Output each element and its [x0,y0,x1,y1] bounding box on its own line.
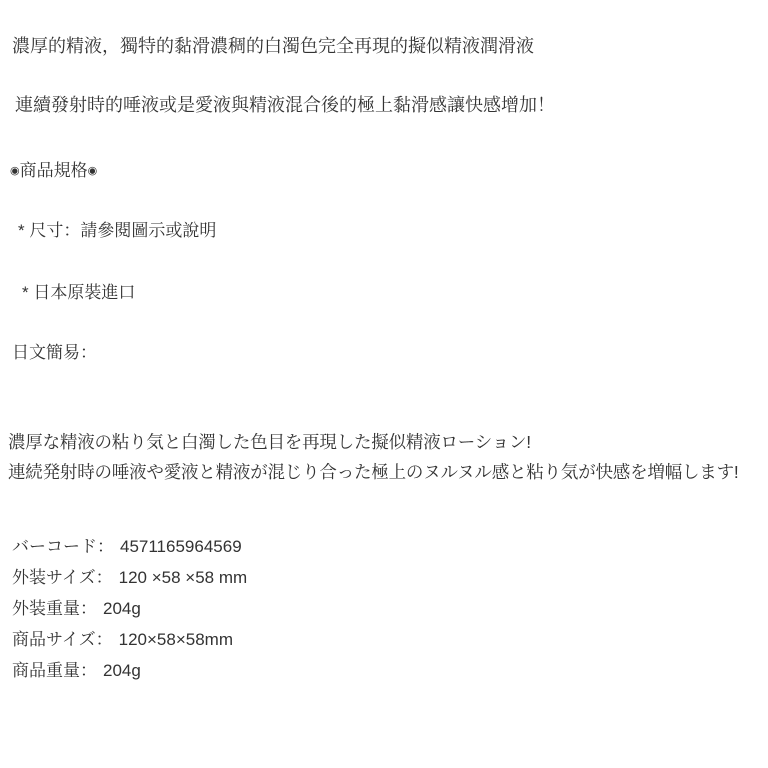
product-spec-table: バーコード：4571165964569 外装サイズ：120 ×58 ×58 mm… [12,531,247,686]
spec-value: 204g [103,661,141,680]
spec-row-barcode: バーコード：4571165964569 [12,531,247,562]
spec-label: 外装サイズ： [12,568,113,587]
fisheye-bullet-icon: ◉ [88,165,98,177]
description-jp-line-2: 連続発射時の唾液や愛液と精液が混じり合った極上のヌルヌル感と粘り気が快感を増幅し… [8,462,739,483]
spec-value: 204g [103,599,141,618]
spec-row-package-size: 外装サイズ：120 ×58 ×58 mm [12,562,247,593]
spec-label: 商品重量： [12,661,97,680]
spec-section-title: 商品規格 [20,161,88,180]
spec-item-origin: * 日本原裝進口 [22,283,135,303]
product-description-page: 濃厚的精液，獨特的黏滑濃稠的白濁色完全再現的擬似精液潤滑液 連續發射時的唾液或是… [0,0,768,768]
description-zh-line-1: 濃厚的精液，獨特的黏滑濃稠的白濁色完全再現的擬似精液潤滑液 [12,36,534,58]
spec-row-package-weight: 外装重量：204g [12,593,247,624]
description-zh-line-2: 連續發射時的唾液或是愛液與精液混合後的極上黏滑感讓快感增加！ [15,95,555,117]
spec-label: 商品サイズ： [12,630,113,649]
spec-row-product-weight: 商品重量：204g [12,655,247,686]
spec-value: 120×58×58mm [119,630,233,649]
description-jp-line-1: 濃厚な精液の粘り気と白濁した色目を再現した擬似精液ローション! [8,432,531,453]
spec-label: 外装重量： [12,599,97,618]
spec-section-heading: ◉商品規格◉ [10,161,97,181]
spec-value: 120 ×58 ×58 mm [119,568,248,587]
japanese-summary-label: 日文簡易： [12,343,97,363]
spec-value: 4571165964569 [120,537,242,556]
spec-row-product-size: 商品サイズ：120×58×58mm [12,624,247,655]
fisheye-bullet-icon: ◉ [10,165,20,177]
spec-item-size: * 尺寸：請參閱圖示或說明 [18,221,216,241]
spec-label: バーコード： [12,537,114,556]
